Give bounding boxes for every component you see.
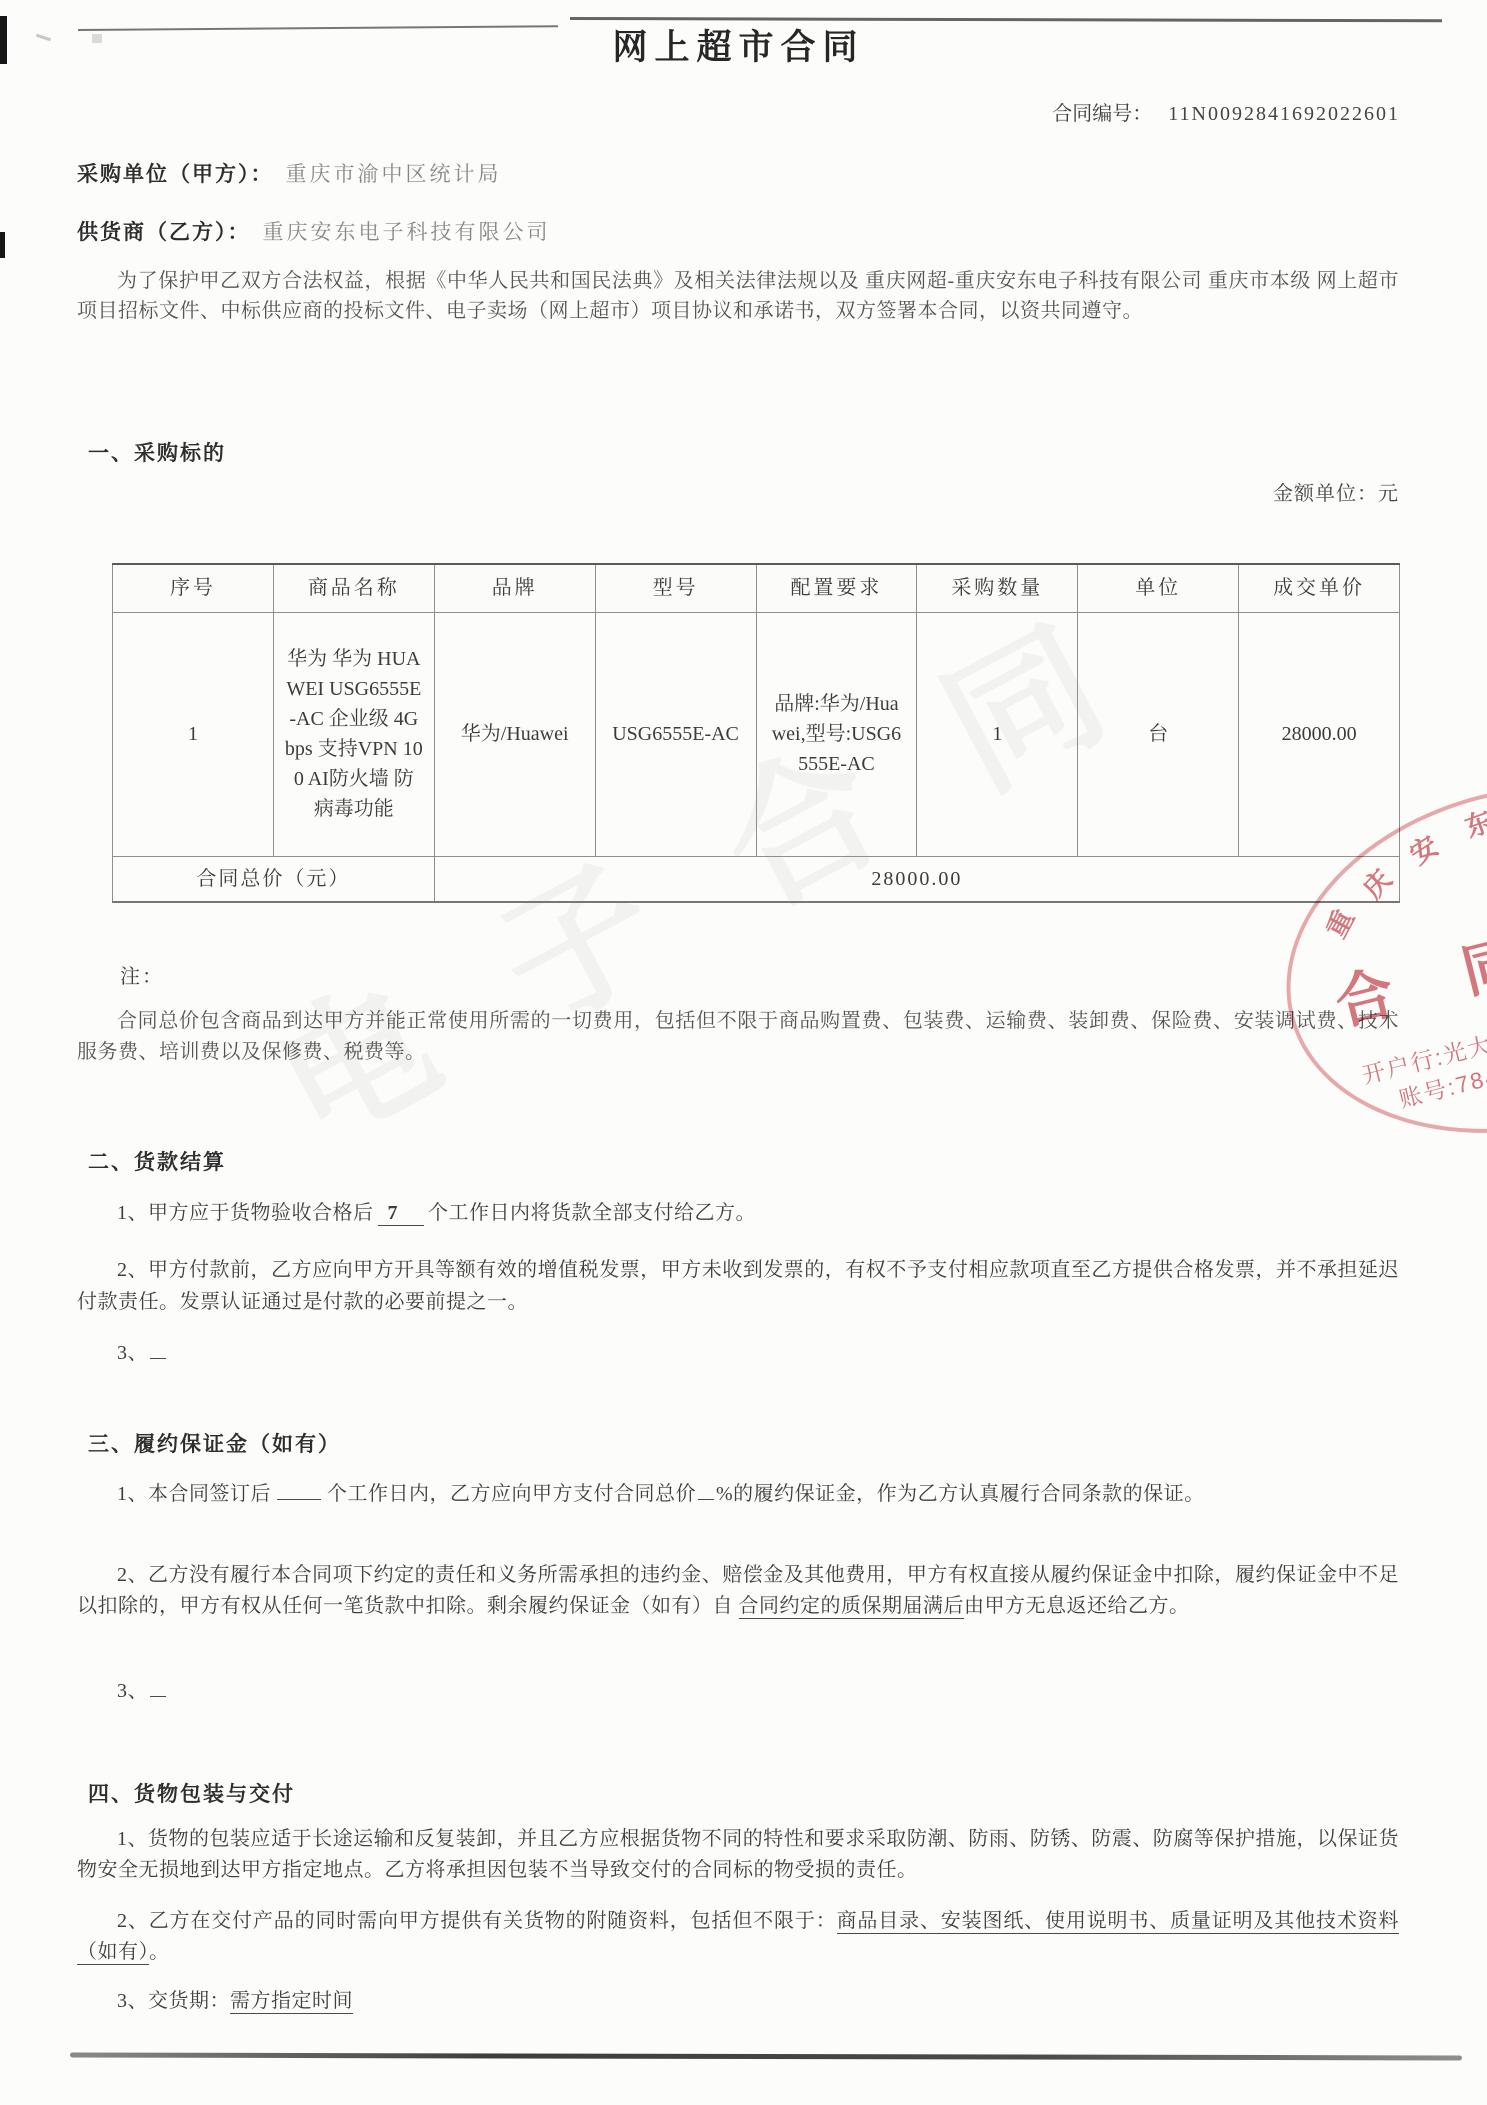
- col-header-unit-price: 成交单价: [1239, 564, 1400, 612]
- seal-arc-char: 安: [1401, 825, 1445, 872]
- contract-number-line: 合同编号：11N0092841692022601: [77, 97, 1400, 126]
- seal-arc-char: 重: [1315, 902, 1362, 944]
- buyer-label: 采购单位（甲方）：: [77, 162, 274, 186]
- cell-unit-price: 28000.00: [1239, 612, 1400, 856]
- seal-arc-char: 东: [1459, 799, 1487, 845]
- section3-item1: 1、本合同签订后个工作日内，乙方应向甲方支付合同总价%的履约保证金，作为乙方认真…: [77, 1478, 1399, 1510]
- col-header-quantity: 采购数量: [917, 564, 1078, 612]
- col-header-product-name: 商品名称: [273, 564, 434, 612]
- document-title: 网上超市合同: [77, 20, 1400, 70]
- seal-arc-char: 庆: [1352, 859, 1399, 905]
- filled-blank-days: 7: [378, 1202, 425, 1226]
- amount-unit-note: 金额单位：元: [77, 477, 1399, 506]
- contract-number-label: 合同编号：: [1052, 103, 1152, 125]
- item-text: 2、乙方没有履行本合同项下约定的责任和义务所需承担的违约金、赔偿金及其他费用，甲…: [77, 1564, 1399, 1617]
- buyer-value: 重庆市渝中区统计局: [286, 162, 502, 186]
- procurement-table: 序号 商品名称 品牌 型号 配置要求 采购数量 单位 成交单价 1 华为 华为 …: [112, 563, 1400, 903]
- item-text: 2、乙方在交付产品的同时需向甲方提供有关货物的附随资料，包括但不限于：: [117, 1910, 837, 1932]
- scan-line-bottom: [70, 2053, 1462, 2061]
- note-paragraph: 合同总价包含商品到达甲方并能正常使用所需的一切费用，包括但不限于商品购置费、包装…: [77, 1006, 1399, 1068]
- col-header-config: 配置要求: [756, 564, 917, 612]
- table-header-row: 序号 商品名称 品牌 型号 配置要求 采购数量 单位 成交单价: [113, 564, 1400, 612]
- item-text: 个工作日内将货款全部支付给乙方。: [428, 1202, 756, 1224]
- section4-item2: 2、乙方在交付产品的同时需向甲方提供有关货物的附随资料，包括但不限于：商品目录、…: [77, 1906, 1399, 1968]
- scan-edge-mark-2: [0, 232, 5, 258]
- supplier-value: 重庆安东电子科技有限公司: [263, 220, 551, 244]
- empty-blank: [150, 1678, 166, 1697]
- section4-item3: 3、交货期：需方指定时间: [77, 1986, 1399, 2017]
- scanned-contract-page: 电 子 合 同 网上超市合同 合同编号：11N0092841692022601 …: [0, 0, 1487, 2105]
- cell-product-name: 华为 华为 HUAWEI USG6555E-AC 企业级 4Gbps 支持VPN…: [273, 612, 434, 856]
- section1-heading: 一、采购标的: [88, 437, 226, 467]
- section2-item3: 3、: [77, 1338, 1399, 1369]
- section2-item2: 2、甲方付款前，乙方应向甲方开具等额有效的增值税发票，甲方未收到发票的，有权不予…: [77, 1254, 1399, 1318]
- cell-seq: 1: [113, 612, 274, 856]
- section4-heading: 四、货物包装与交付: [88, 1778, 295, 1808]
- item-text: 。: [149, 1941, 170, 1963]
- section3-item2: 2、乙方没有履行本合同项下约定的责任和义务所需承担的违约金、赔偿金及其他费用，甲…: [77, 1560, 1399, 1622]
- item-text: %的履约保证金，作为乙方认真履行合同条款的保证。: [716, 1483, 1205, 1505]
- empty-blank-days: [277, 1481, 321, 1500]
- total-price-value: 28000.00: [434, 856, 1399, 902]
- item-text: 3、: [117, 1342, 148, 1364]
- col-header-seq: 序号: [113, 564, 274, 612]
- item-text: 由甲方无息返还给乙方。: [964, 1595, 1190, 1617]
- note-label: 注：: [120, 960, 164, 989]
- empty-blank: [150, 1340, 166, 1359]
- total-price-label: 合同总价（元）: [113, 856, 435, 902]
- supplier-label: 供货商（乙方）：: [77, 220, 251, 244]
- item-text: 1、甲方应于货物验收合格后: [117, 1202, 374, 1224]
- section2-item1: 1、甲方应于货物验收合格后7个工作日内将货款全部支付给乙方。: [77, 1198, 1399, 1229]
- item-text: 3、交货期：: [117, 1990, 230, 2012]
- item-text: 个工作日内，乙方应向甲方支付合同总价: [327, 1483, 696, 1505]
- cell-unit: 台: [1078, 612, 1239, 856]
- col-header-unit: 单位: [1078, 564, 1239, 612]
- section4-item1: 1、货物的包装应适于长途运输和反复装卸，并且乙方应根据货物不同的特性和要求采取防…: [77, 1824, 1399, 1886]
- underlined-term: 合同约定的质保期届满后: [739, 1595, 965, 1619]
- section3-item3: 3、: [77, 1676, 1399, 1707]
- item-text: 1、本合同签订后: [117, 1483, 271, 1505]
- table-footer-row: 合同总价（元） 28000.00: [113, 856, 1400, 902]
- cell-model: USG6555E-AC: [595, 612, 756, 856]
- col-header-model: 型号: [595, 564, 756, 612]
- intro-paragraph: 为了保护甲乙双方合法权益，根据《中华人民共和国民法典》及相关法律法规以及 重庆网…: [77, 266, 1399, 326]
- pencil-mark-1: [36, 34, 51, 41]
- contract-number-value: 11N0092841692022601: [1168, 103, 1400, 125]
- section2-heading: 二、货款结算: [88, 1146, 226, 1176]
- buyer-line: 采购单位（甲方）：重庆市渝中区统计局: [77, 158, 502, 188]
- table-row: 1 华为 华为 HUAWEI USG6555E-AC 企业级 4Gbps 支持V…: [113, 612, 1400, 856]
- scan-edge-mark-1: [0, 16, 7, 64]
- item-text: 3、: [117, 1680, 148, 1702]
- cell-config: 品牌:华为/Huawei,型号:USG6555E-AC: [756, 612, 917, 856]
- cell-brand: 华为/Huawei: [434, 612, 595, 856]
- col-header-brand: 品牌: [434, 564, 595, 612]
- section3-heading: 三、履约保证金（如有）: [88, 1428, 341, 1458]
- underlined-delivery-time: 需方指定时间: [230, 1990, 353, 2014]
- empty-blank-percent: [698, 1481, 714, 1500]
- cell-quantity: 1: [917, 612, 1078, 856]
- supplier-line: 供货商（乙方）：重庆安东电子科技有限公司: [77, 216, 551, 246]
